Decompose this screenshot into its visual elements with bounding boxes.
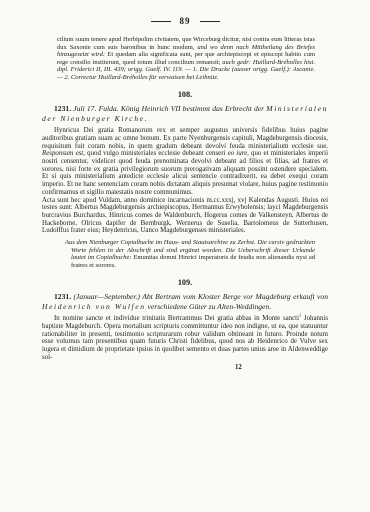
page-header: 89 bbox=[42, 16, 328, 26]
source-note-108: Aus dem Nienburger Copialbuche im Haus- … bbox=[65, 239, 315, 269]
entry-body-108: Hynricus Dei gratia Romanorum rex et sem… bbox=[42, 127, 328, 196]
entry-number-109: 109. bbox=[42, 278, 328, 287]
entry-number-108: 108. bbox=[42, 90, 328, 99]
entry-heading-109: 1231. (Januar—September.) Abt Bertram vo… bbox=[42, 292, 328, 311]
signature-mark: 12 bbox=[42, 364, 328, 371]
entry-heading-108: 1231. Juli 17. Fulda. König Heinrich VII… bbox=[42, 104, 328, 123]
continuation-note: cilium suum tenere apud Herbipolim civit… bbox=[57, 36, 315, 81]
header-rule-right bbox=[200, 21, 220, 22]
document-page: 89 cilium suum tenere apud Herbipolim ci… bbox=[0, 0, 370, 512]
entry-acta-108: Acta sunt hec apud Vuldam, anno dominice… bbox=[42, 197, 328, 236]
header-rule-left bbox=[151, 21, 171, 22]
entry-body-109: In nomine sancte et individue trinitatis… bbox=[42, 315, 328, 361]
page-number: 89 bbox=[180, 16, 191, 26]
